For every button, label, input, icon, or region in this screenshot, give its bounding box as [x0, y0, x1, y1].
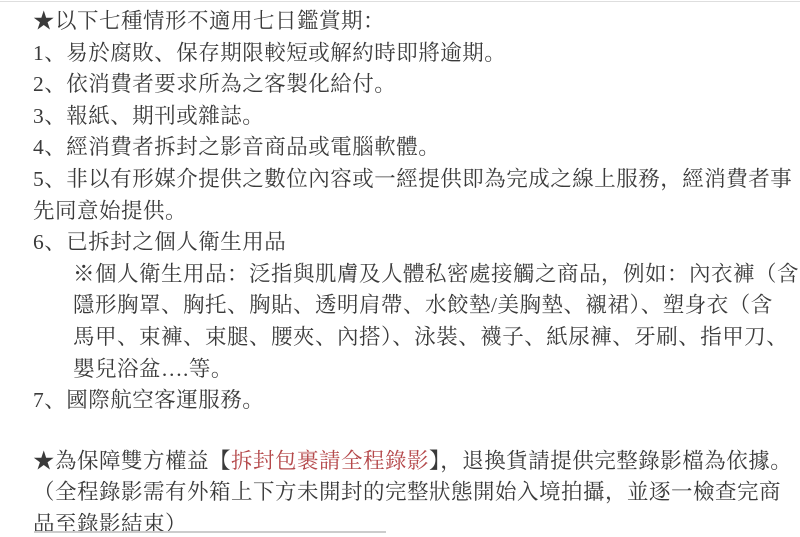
- list-item-2: 2、依消費者要求所為之客製化給付。: [33, 69, 800, 101]
- recording-detail: （全程錄影需有外箱上下方未開封的完整狀態開始入境拍攝，並逐一檢查完商 品至錄影結…: [33, 477, 800, 537]
- star-icon: ★: [33, 449, 55, 473]
- star-icon: ★: [33, 9, 55, 33]
- return-policy-document: ★以下七種情形不適用七日鑑賞期： 1、易於腐敗、保存期限較短或解約時即將逾期。 …: [33, 6, 800, 537]
- top-divider: [0, 1, 800, 2]
- list-item-7: 7、國際航空客運服務。: [33, 385, 800, 417]
- list-item-6: 6、已拆封之個人衛生用品: [33, 227, 800, 259]
- warning-suffix: 】，退換貨請提供完整錄影檔為依據。: [429, 449, 792, 473]
- list-item-3: 3、報紙、期刊或雜誌。: [33, 101, 800, 133]
- footer-warning-section: ★為保障雙方權益【拆封包裹請全程錄影】，退換貨請提供完整錄影檔為依據。 （全程錄…: [33, 446, 800, 537]
- section-heading: ★以下七種情形不適用七日鑑賞期：: [33, 6, 800, 38]
- list-item-4: 4、經消費者拆封之影音商品或電腦軟體。: [33, 132, 800, 164]
- warning-prefix: 為保障雙方權益【: [55, 449, 231, 473]
- section-heading-text: 以下七種情形不適用七日鑑賞期：: [55, 9, 385, 33]
- list-item-5: 5、非以有形媒介提供之數位內容或一經提供即為完成之線上服務，經消費者事 先同意始…: [33, 164, 800, 227]
- warning-highlight: 拆封包裹請全程錄影: [231, 449, 429, 473]
- bottom-divider: [34, 531, 386, 533]
- recording-warning: ★為保障雙方權益【拆封包裹請全程錄影】，退換貨請提供完整錄影檔為依據。: [33, 446, 800, 478]
- hygiene-products-note: ※個人衛生用品：泛指與肌膚及人體私密處接觸之商品，例如：內衣褲（含 隱形胸罩、胸…: [73, 259, 800, 385]
- list-item-1: 1、易於腐敗、保存期限較短或解約時即將逾期。: [33, 38, 800, 70]
